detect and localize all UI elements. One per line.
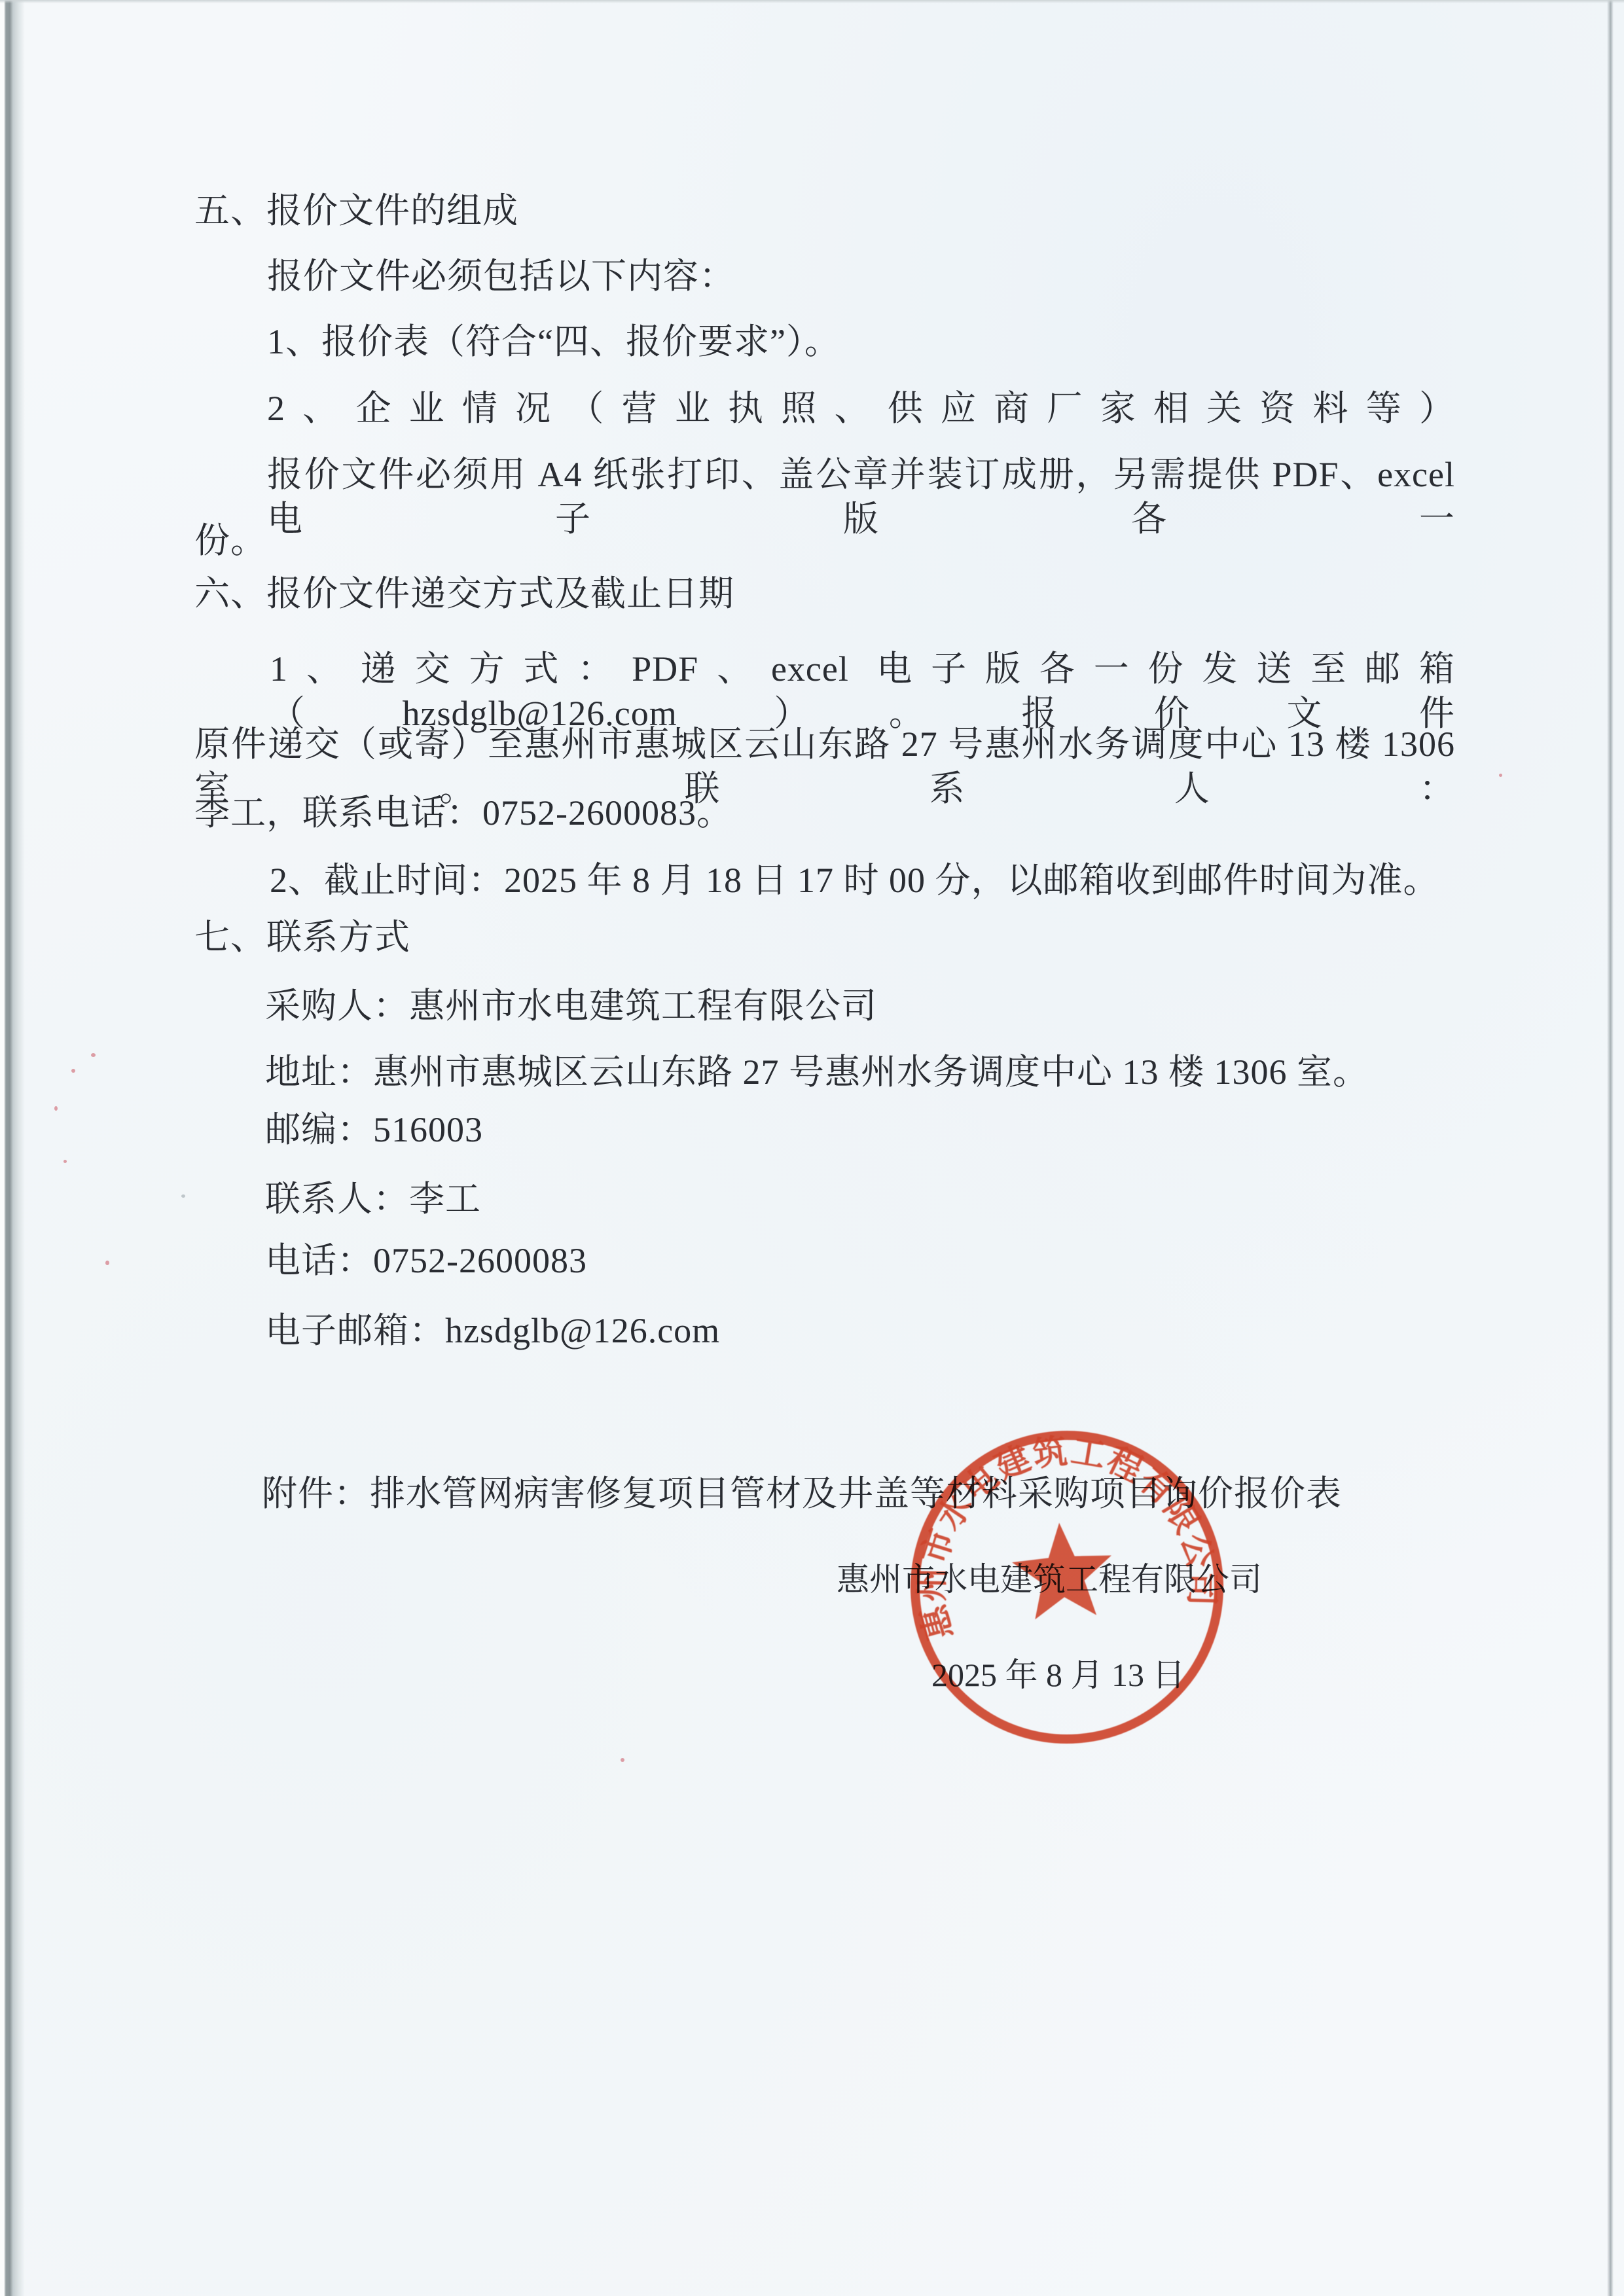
scanned-document-page: 五、报价文件的组成 报价文件必须包括以下内容： 1、报价表（符合“四、报价要求”… — [0, 0, 1624, 2296]
company-seal: 惠州市水电建筑工程有限公司 — [895, 1416, 1238, 1759]
section6-heading: 六、报价文件递交方式及截止日期 — [194, 571, 734, 616]
dust-speck — [1499, 774, 1502, 777]
section7-phone: 电话：0752-2600083 — [265, 1238, 587, 1283]
section7-heading: 七、联系方式 — [194, 915, 410, 960]
scan-edge-right — [1607, 0, 1614, 2296]
section6-item1-line3: 李工，联系电话：0752-2600083。 — [194, 791, 732, 835]
scan-edge-left — [0, 0, 25, 2296]
section7-postcode: 邮编：516003 — [265, 1107, 483, 1152]
dust-speck — [91, 1053, 96, 1057]
dust-speck — [71, 1069, 75, 1073]
dust-speck — [63, 1160, 67, 1163]
section5-item2: 2、企业情况（营业执照、供应商厂家相关资料等） — [267, 386, 1455, 431]
section5-para-line1: 报价文件必须用 A4 纸张打印、盖公章并装订成册，另需提供 PDF、excel … — [267, 452, 1455, 541]
dust-speck — [54, 1106, 58, 1111]
section6-item2: 2、截止时间：2025 年 8 月 18 日 17 时 00 分，以邮箱收到邮件… — [270, 858, 1439, 903]
dust-speck — [621, 1758, 624, 1762]
dust-speck — [181, 1194, 185, 1198]
section7-buyer: 采购人：惠州市水电建筑工程有限公司 — [265, 984, 877, 1028]
section7-email: 电子邮箱：hzsdglb@126.com — [265, 1308, 720, 1353]
seal-star-icon — [1009, 1519, 1115, 1621]
section5-item1: 1、报价表（符合“四、报价要求”）。 — [267, 319, 840, 364]
section7-contact: 联系人：李工 — [265, 1177, 481, 1221]
section5-intro: 报价文件必须包括以下内容： — [267, 254, 735, 298]
section5-para-line2: 份。 — [194, 518, 266, 563]
dust-speck — [105, 1261, 109, 1265]
section5-heading: 五、报价文件的组成 — [194, 188, 518, 233]
scan-edge-top — [0, 0, 1624, 3]
section7-address: 地址：惠州市惠城区云山东路 27 号惠州水务调度中心 13 楼 1306 室。 — [265, 1050, 1369, 1094]
